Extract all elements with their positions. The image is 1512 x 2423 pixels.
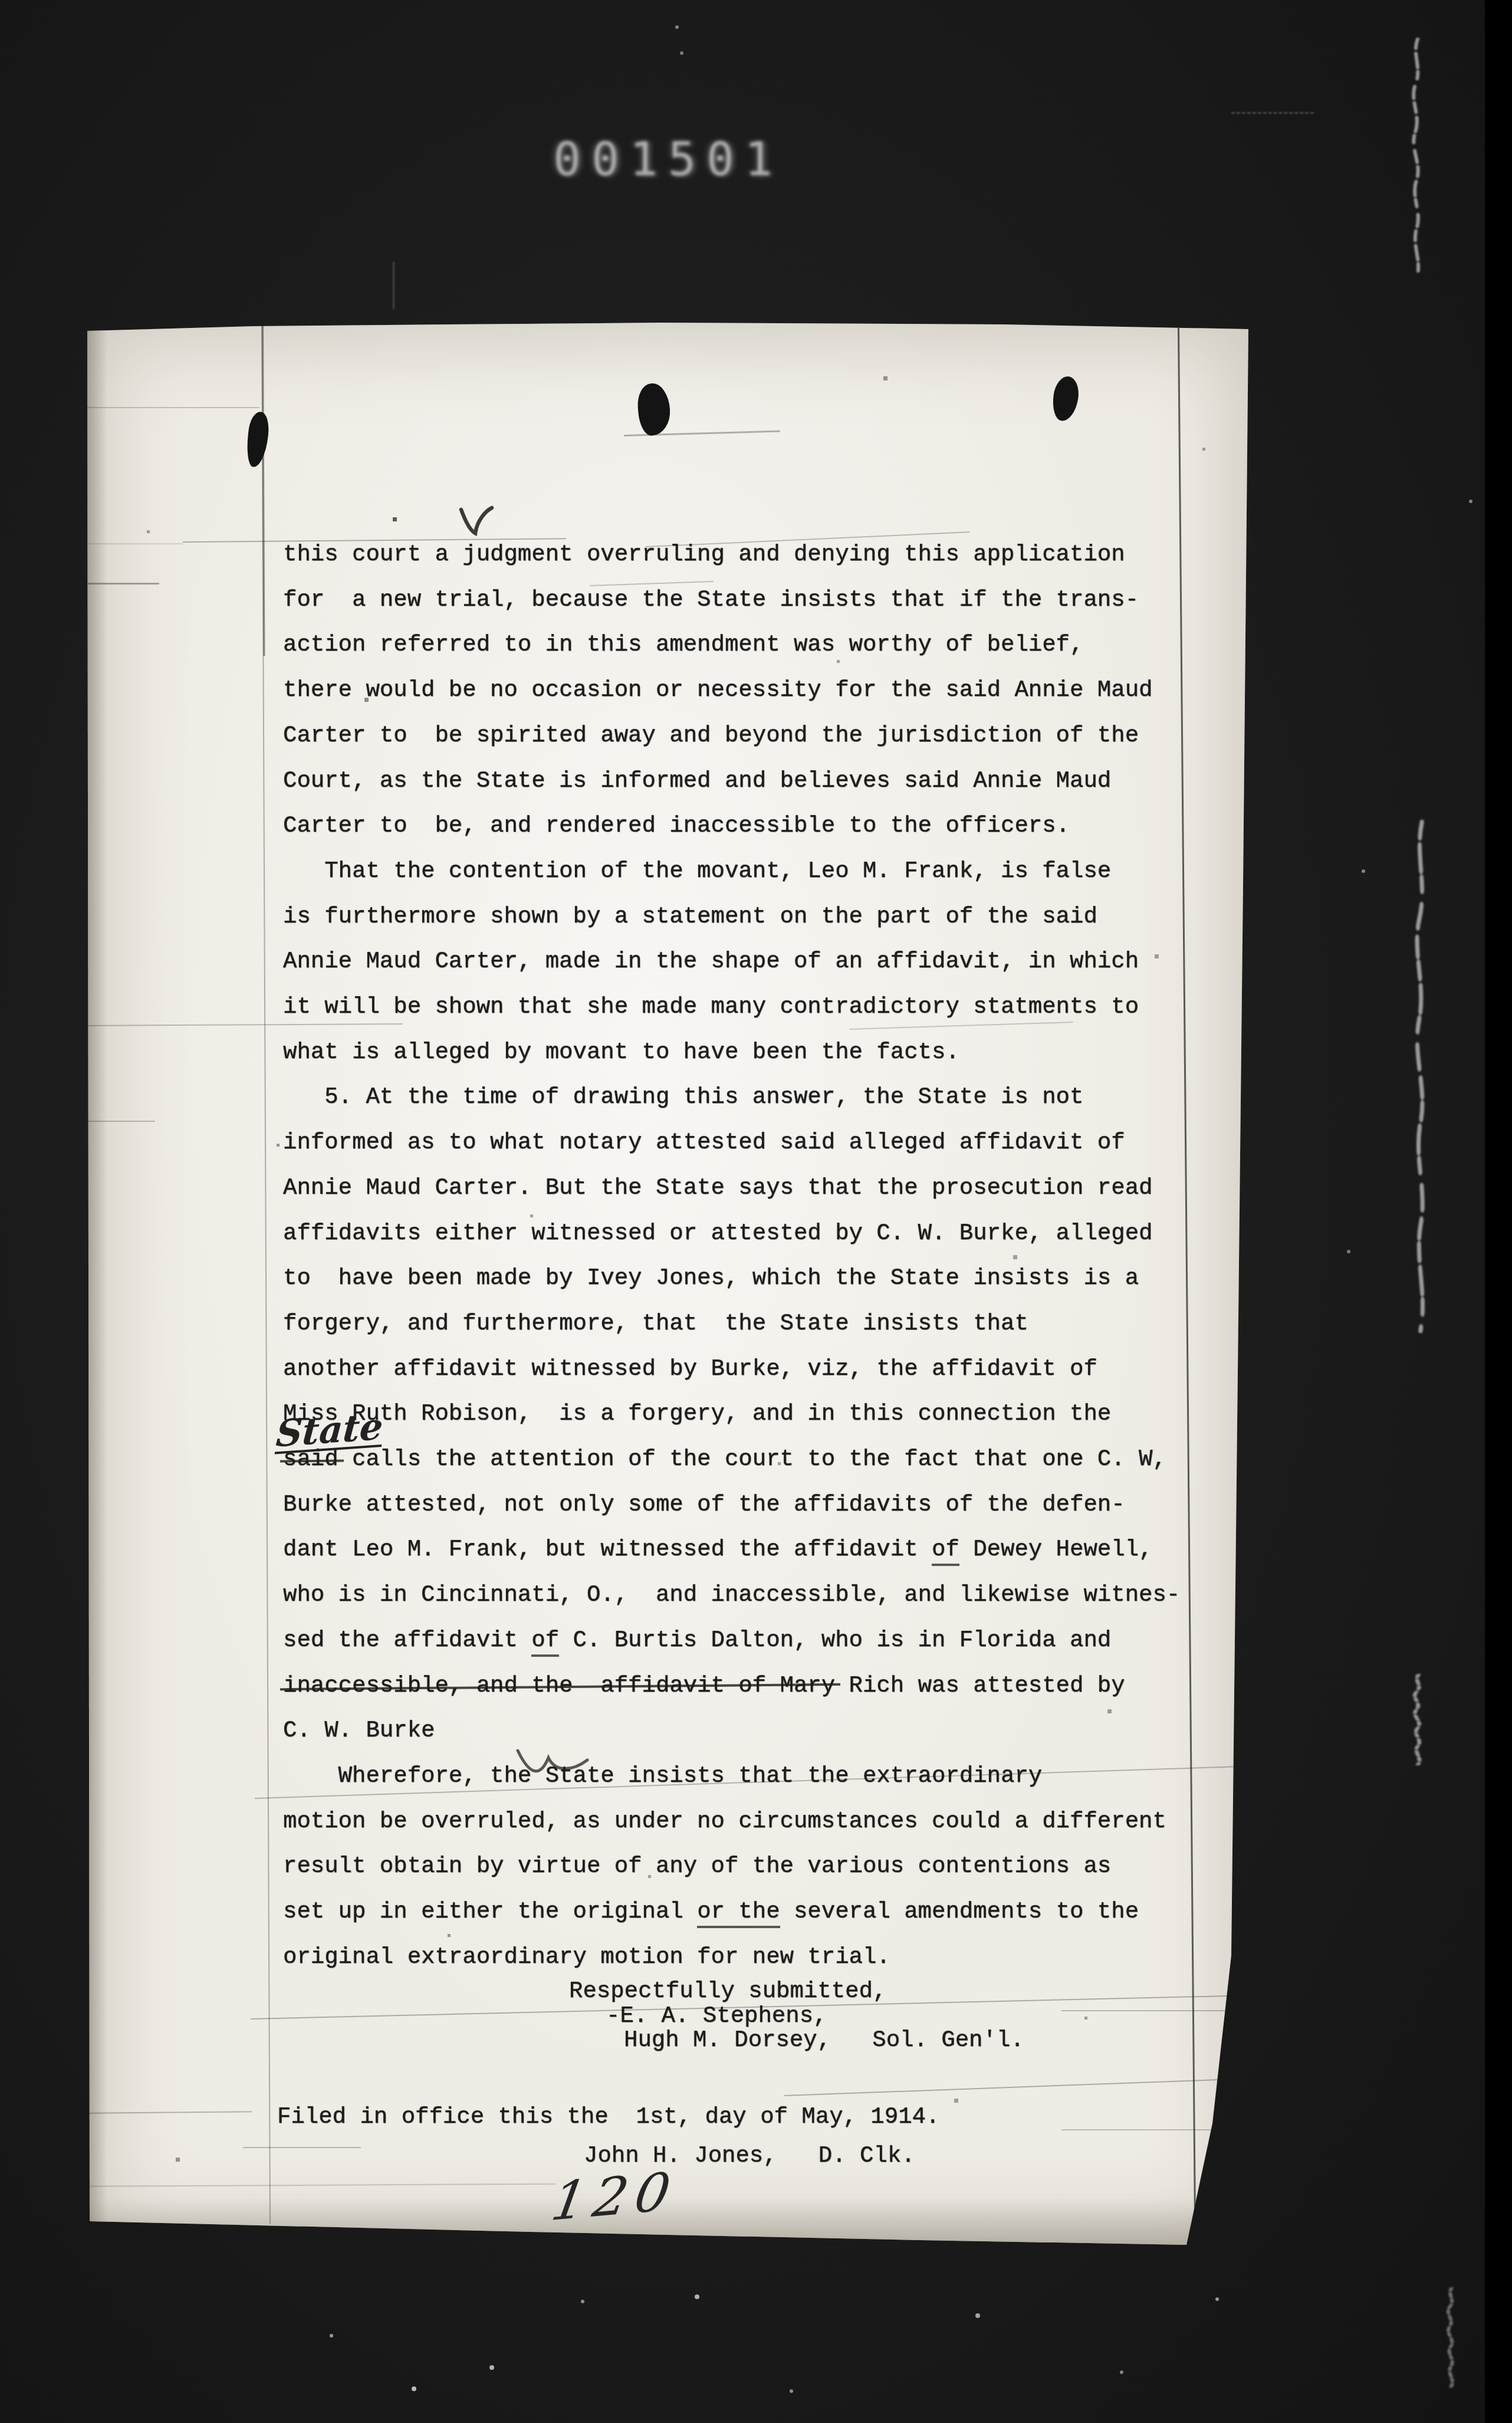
- typed-line: said calls the attention of the court to…: [283, 1437, 1180, 1482]
- typed-line: C. W. Burke: [283, 1708, 1180, 1754]
- typed-line: informed as to what notary attested said…: [283, 1120, 1180, 1165]
- document-page: this court a judgment overruling and den…: [0, 0, 1512, 2423]
- film-edge-writing-icon: [1407, 38, 1427, 280]
- typed-line: Carter to be spirited away and beyond th…: [283, 713, 1180, 759]
- typed-line: Carter to be, and rendered inaccessible …: [283, 803, 1180, 849]
- typed-line: this court a judgment overruling and den…: [283, 532, 1180, 577]
- typed-line: sed the affidavit of C. Burtis Dalton, w…: [283, 1618, 1180, 1663]
- typed-body: this court a judgment overruling and den…: [283, 532, 1180, 1980]
- film-edge-dashes: [1231, 112, 1314, 114]
- handwritten-state-insertion: State: [275, 1404, 384, 1455]
- typed-line: 5. At the time of drawing this answer, t…: [283, 1075, 1180, 1120]
- typed-line: Wherefore, the State insists that the ex…: [283, 1754, 1180, 1799]
- typed-line: affidavits either witnessed or attested …: [283, 1211, 1180, 1256]
- filing-line: Filed in office this the 1st, day of May…: [277, 2097, 939, 2136]
- typed-line: original extraordinary motion for new tr…: [283, 1935, 1180, 1980]
- signature-line: -E. A. Stephens,: [606, 2004, 1024, 2029]
- typed-line: result obtain by virtue of any of the va…: [283, 1844, 1180, 1889]
- typed-line: inaccessible, and the affidavit of Mary …: [283, 1663, 1180, 1709]
- ledger-line: [78, 1121, 155, 1122]
- typed-line: another affidavit witnessed by Burke, vi…: [283, 1347, 1180, 1392]
- typed-line: Miss Ruth Robison, is a forgery, and in …: [283, 1391, 1180, 1437]
- signature-block: Respectfully submitted,-E. A. Stephens,H…: [283, 1979, 1024, 2053]
- film-edge-writing-icon: [1408, 1674, 1428, 1765]
- typed-line: forgery, and furthermore, that the State…: [283, 1301, 1180, 1347]
- ledger-line: [86, 543, 183, 544]
- film-edge-writing-icon: [1442, 2287, 1460, 2388]
- film-edge-black-strip: [1485, 0, 1512, 2423]
- film-edge-writing-icon: [1409, 820, 1433, 1333]
- film-scratch: [393, 262, 395, 309]
- signature-line: Respectfully submitted,: [569, 1979, 1024, 2004]
- typed-line: is furthermore shown by a statement on t…: [283, 894, 1180, 940]
- typed-line: motion be overruled, as under no circums…: [283, 1799, 1180, 1844]
- filing-block: Filed in office this the 1st, day of May…: [277, 2097, 939, 2175]
- typed-line: there would be no occasion or necessity …: [283, 668, 1180, 713]
- film-frame-number-stamp: 001501: [553, 133, 783, 186]
- signature-line: Hugh M. Dorsey, Sol. Gen'l.: [624, 2028, 1024, 2053]
- ledger-line: [1061, 2129, 1227, 2130]
- handwritten-page-number: 120: [547, 2161, 682, 2233]
- ledger-line: [83, 407, 259, 408]
- typed-line: That the contention of the movant, Leo M…: [283, 849, 1180, 894]
- typed-line: Annie Maud Carter. But the State says th…: [283, 1165, 1180, 1211]
- typed-line: it will be shown that she made many cont…: [283, 984, 1180, 1030]
- typed-line: set up in either the original or the sev…: [283, 1889, 1180, 1935]
- typed-line: to have been made by Ivey Jones, which t…: [283, 1256, 1180, 1301]
- paper-edge-shading: [87, 323, 107, 2245]
- typed-line: for a new trial, because the State insis…: [283, 577, 1180, 623]
- typed-line: action referred to in this amendment was…: [283, 622, 1180, 668]
- typed-line: what is alleged by movant to have been t…: [283, 1030, 1180, 1075]
- typed-line: Court, as the State is informed and beli…: [283, 759, 1180, 804]
- typed-line: dant Leo M. Frank, but witnessed the aff…: [283, 1527, 1180, 1572]
- ledger-line: [1061, 2010, 1230, 2011]
- typed-line: Annie Maud Carter, made in the shape of …: [283, 939, 1180, 984]
- ledger-line: [83, 583, 159, 585]
- typed-line: Burke attested, not only some of the aff…: [283, 1482, 1180, 1528]
- microfilm-frame: 001501: [0, 0, 1512, 2423]
- film-dust-specks: [0, 0, 2, 2]
- typed-line: who is in Cincinnati, O., and inaccessib…: [283, 1572, 1180, 1618]
